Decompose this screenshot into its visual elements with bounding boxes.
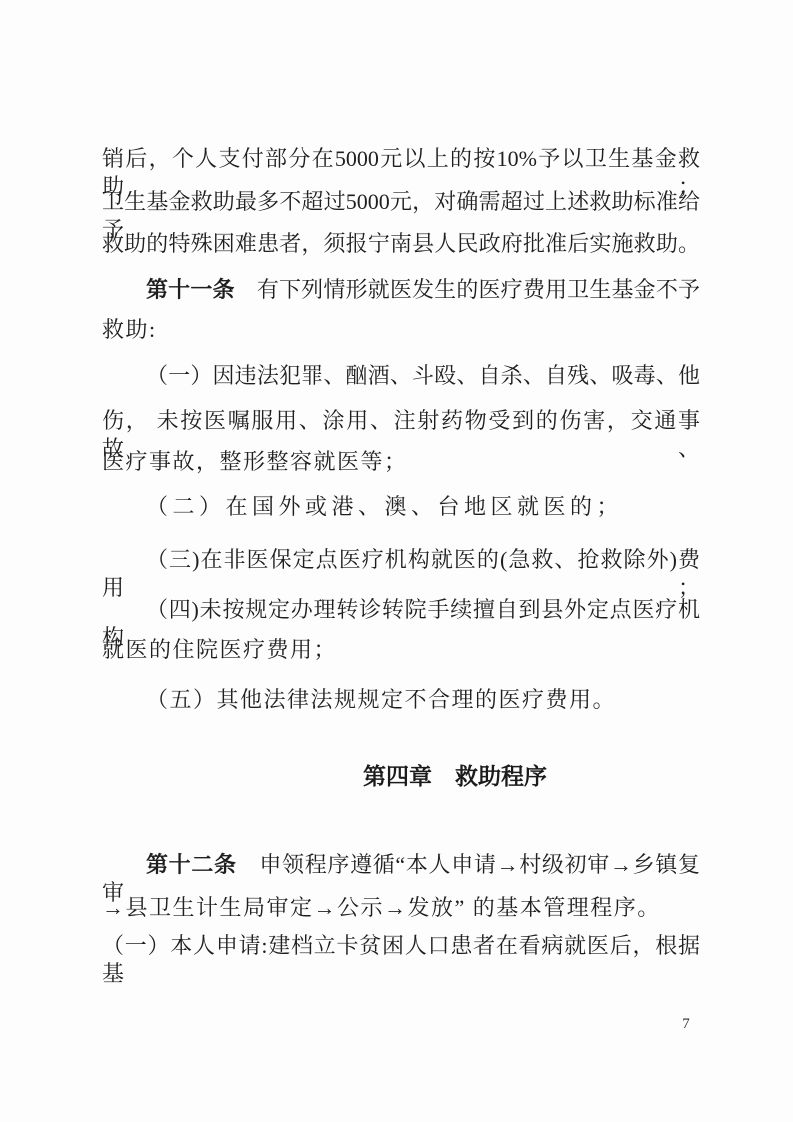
article-number: 第十一条 xyxy=(146,277,235,302)
line-text: （二）在国外或港、澳、台地区就医的； xyxy=(146,494,623,519)
article-12-line: （一）本人申请:建档立卡贫困人口患者在看病就医后，根据基 xyxy=(102,932,700,988)
page-number: 7 xyxy=(674,1016,698,1033)
chapter-heading: 第四章 救助程序 xyxy=(156,762,754,792)
article-12-line: →县卫生计生局审定→公示→发放” 的基本管理程序。 xyxy=(102,894,700,922)
clause-4-line: 就医的住院医疗费用； xyxy=(102,636,700,664)
clause-1-line: （一）因违法犯罪、酗酒、斗殴、自杀、自残、吸毒、他 xyxy=(102,362,700,390)
line-text: （一）因违法犯罪、酗酒、斗殴、自杀、自残、吸毒、他 xyxy=(146,363,700,388)
line-text: →县卫生计生局审定→公示→发放” 的基本管理程序。 xyxy=(102,895,661,920)
line-text: 有下列情形就医发生的医疗费用卫生基金不予 xyxy=(235,277,700,302)
article-number: 第十二条 xyxy=(146,852,237,877)
line-text: 医疗事故，整形整容就医等； xyxy=(102,449,408,474)
line-text: 救助: xyxy=(102,317,157,342)
line-text: （一）本人申请:建档立卡贫困人口患者在看病就医后，根据基 xyxy=(102,933,700,986)
body-line: 救助的特殊困难患者，须报宁南县人民政府批准后实施救助。 xyxy=(102,230,700,258)
article-11-line: 第十一条 有下列情形就医发生的医疗费用卫生基金不予 xyxy=(102,276,700,304)
body-line: 救助: xyxy=(102,316,700,344)
line-text: 救助的特殊困难患者，须报宁南县人民政府批准后实施救助。 xyxy=(102,231,700,256)
document-page: 销后，个人支付部分在5000元以上的按10%予以卫生基金救助； 卫生基金救助最多… xyxy=(0,0,793,1122)
clause-3-line: （三)在非医保定点医疗机构就医的(急救、抢救除外)费用； xyxy=(102,546,700,602)
clause-1-line: 医疗事故，整形整容就医等； xyxy=(102,448,700,476)
clause-2-line: （二）在国外或港、澳、台地区就医的； xyxy=(102,493,700,521)
clause-5-line: （五）其他法律法规规定不合理的医疗费用。 xyxy=(102,686,700,714)
line-text: （三)在非医保定点医疗机构就医的(急救、抢救除外)费用； xyxy=(102,547,700,600)
line-text: （五）其他法律法规规定不合理的医疗费用。 xyxy=(146,687,616,712)
line-text: 就医的住院医疗费用； xyxy=(102,637,337,662)
